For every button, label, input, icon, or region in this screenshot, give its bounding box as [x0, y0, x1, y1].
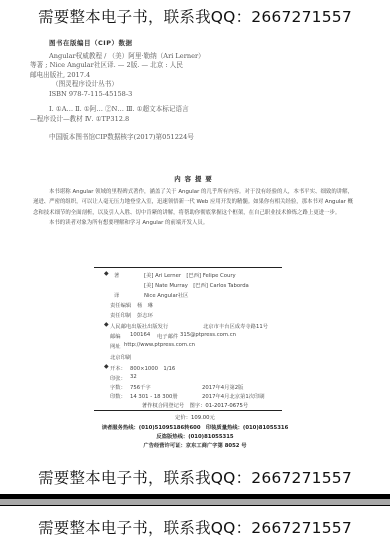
translator-label: 译	[114, 291, 119, 299]
classification-line: Ⅰ. ①A… Ⅱ. ①阿… ②N… Ⅲ. ①超文本标记语言	[30, 104, 189, 114]
postcode-label: 邮编	[110, 332, 121, 340]
format: 800×1000 1/16	[130, 364, 175, 372]
cip-record: Angular权威教程 / （美）阿里·勒纳（Ari Lerner） 等著 ; …	[30, 52, 205, 99]
classification-line: —程序设计—教材 Ⅳ. ①TP312.8	[30, 114, 189, 124]
words-label: 字数：	[110, 383, 126, 391]
words: 756千字	[130, 383, 151, 391]
publisher: 人民邮电出版社出版发行	[110, 322, 168, 330]
ad-license: 广告经营许可证：京东工商广字第 8052 号	[0, 441, 390, 449]
edition: 2017年4月第2版	[202, 383, 243, 391]
editor: 杨 琳	[137, 301, 153, 309]
email: 315@ptpress.com.cn	[180, 332, 236, 338]
abstract-body: 本书堪称 Angular 领域的里程碑式著作，涵盖了关于 Angular 的几乎…	[33, 187, 353, 229]
sheets-label: 印张：	[110, 374, 126, 382]
editor-label: 责任编辑	[110, 301, 131, 309]
anti-piracy-hotline: 反盗版热线：(010)81055315	[0, 432, 390, 440]
website: http://www.ptpress.com.cn	[124, 342, 195, 348]
reader-hotline: 读者服务热线：(010)51095186转600 印装质量热线：(010)810…	[0, 423, 390, 431]
website-label: 网址	[110, 342, 121, 350]
watermark-banner-bottom: 需要整本电子书，联系我QQ：2667271557	[0, 516, 390, 538]
print-count: 14 301 - 18 300册	[130, 392, 178, 400]
cip-line: 邮电出版社, 2017.4	[30, 71, 205, 80]
print-date: 2017年4月北京第1次印刷	[202, 392, 265, 400]
abstract-paragraph: 本书堪称 Angular 领域的里程碑式著作，涵盖了关于 Angular 的几乎…	[33, 187, 353, 218]
abstract-title: 内容提要	[0, 174, 390, 183]
cip-classification: Ⅰ. ①A… Ⅱ. ①阿… ②N… Ⅲ. ①超文本标记语言 —程序设计—教材 Ⅳ…	[30, 104, 189, 124]
colophon-top-rule	[94, 267, 282, 268]
postcode: 100164	[130, 332, 150, 338]
sheets: 32	[130, 374, 137, 380]
bullet-icon: ◆	[104, 321, 109, 328]
bullet-icon: ◆	[104, 363, 109, 370]
watermark-banner-top: 需要整本电子书，联系我QQ：2667271557	[0, 5, 390, 27]
price: 定价：109.00元	[0, 413, 390, 421]
abstract-paragraph: 本书的读者对象为所有想要理解和学习 Angular 的前端开发人员。	[33, 218, 353, 228]
colophon-bottom-rule	[94, 410, 282, 411]
cip-isbn: ISBN 978-7-115-45158-3	[30, 90, 205, 99]
copyright-registration: 著作权合同登记号 图字：01-2017-0675号	[0, 401, 390, 409]
authors-label: 著	[114, 271, 119, 279]
bullet-icon: ◆	[104, 270, 109, 277]
page-separator-gray	[0, 499, 390, 506]
print-count-label: 印数：	[110, 392, 126, 400]
publisher-address: 北京市丰台区成寿寺路11号	[203, 322, 268, 330]
author-line: [美] Nate Murray [巴西] Carlos Taborda	[144, 281, 249, 289]
printing-supervisor-label: 责任印制	[110, 311, 131, 319]
cip-line: （图灵程序设计丛书）	[30, 80, 205, 89]
cip-number: 中国版本图书馆CIP数据核字(2017)第051224号	[49, 131, 194, 141]
cip-line: 等著 ; Nice Angular社区译. — 2版. — 北京 : 人民	[30, 61, 205, 70]
format-label: 开本：	[110, 364, 126, 372]
watermark-banner-middle: 需要整本电子书，联系我QQ：2667271557	[0, 466, 390, 488]
translator: Nice Angular社区	[144, 291, 188, 299]
author-line: [美] Ari Lerner [巴西] Felipe Coury	[144, 271, 236, 279]
printing-supervisor: 彭志环	[137, 311, 153, 319]
cip-heading: 图书在版编目（CIP）数据	[49, 38, 132, 47]
cip-line: Angular权威教程 / （美）阿里·勒纳（Ari Lerner）	[30, 52, 205, 61]
printer: 北京印刷	[110, 353, 131, 361]
email-label: 电子邮件	[157, 332, 178, 340]
